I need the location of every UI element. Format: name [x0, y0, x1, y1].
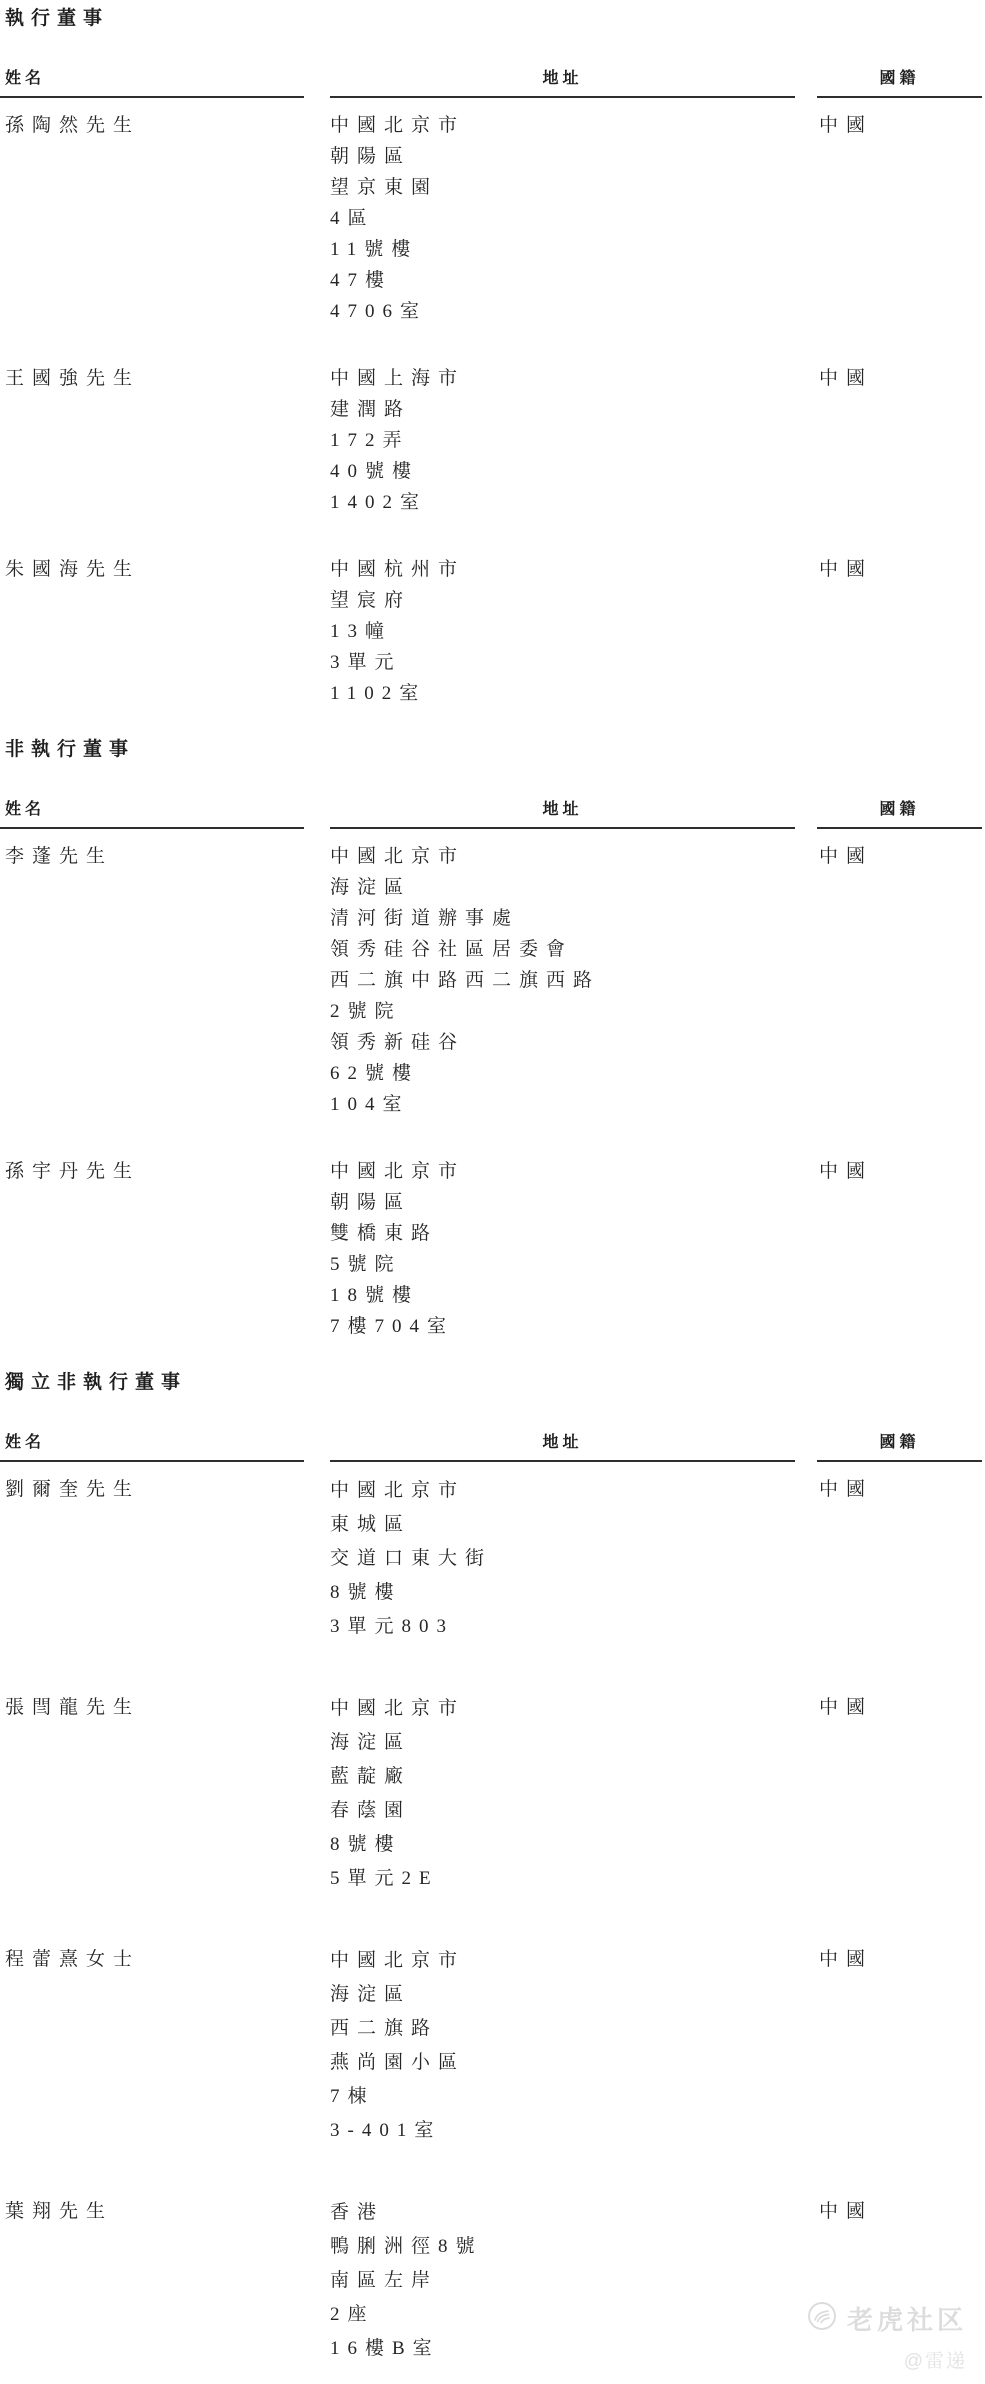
- column-header-address: 地址: [330, 799, 795, 829]
- address-line: 望京東園: [330, 172, 795, 203]
- table-header: 姓名 地址 國籍: [0, 799, 982, 829]
- address-line: 中國北京市: [330, 110, 795, 141]
- address-line: 領秀硅谷社區居委會: [330, 934, 795, 965]
- director-name: 孫宇丹先生: [0, 1156, 304, 1342]
- address-line: 朝陽區: [330, 1187, 795, 1218]
- table-row: 程蕾熹女士 中國北京市 海淀區 西二旗路 燕尚園小區 7棟 3-401室 中國: [0, 1944, 982, 2148]
- directors-table: 姓名 地址 國籍 李蓬先生 中國北京市 海淀區 清河街道辦事處 領秀硅谷社區居委…: [0, 799, 982, 1342]
- address-line: 望宸府: [330, 585, 795, 616]
- watermark-brand-text: 老虎社区: [847, 2300, 967, 2337]
- table-row: 張閆龍先生 中國北京市 海淀區 藍靛廠 春蔭園 8號樓 5單元2E 中國: [0, 1692, 982, 1896]
- section-executive-directors: 執行董事 姓名 地址 國籍 孫陶然先生 中國北京市 朝陽區 望京東園 4區: [0, 6, 982, 709]
- address-line: 中國北京市: [330, 1692, 795, 1726]
- director-address: 中國北京市 海淀區 清河街道辦事處 領秀硅谷社區居委會 西二旗中路西二旗西路 2…: [330, 841, 795, 1120]
- address-line: 中國杭州市: [330, 554, 795, 585]
- column-header-nationality: 國籍: [817, 68, 982, 98]
- address-line: 7棟: [330, 2080, 795, 2114]
- address-line: 領秀新硅谷: [330, 1027, 795, 1058]
- address-line: 1402室: [330, 487, 795, 518]
- section-independent-non-executive-directors: 獨立非執行董事 姓名 地址 國籍 劉爾奎先生 中國北京市 東城區 交道口東大街 …: [0, 1370, 982, 2366]
- director-name: 葉翔先生: [0, 2196, 304, 2366]
- address-line: 3-401室: [330, 2114, 795, 2148]
- tiger-icon: [807, 2301, 837, 2336]
- address-line: 香港: [330, 2196, 795, 2230]
- director-name: 程蕾熹女士: [0, 1944, 304, 2148]
- watermark: 老虎社区 @雷递: [807, 2300, 967, 2373]
- address-line: 8號樓: [330, 1576, 795, 1610]
- address-line: 西二旗路: [330, 2012, 795, 2046]
- director-address: 中國杭州市 望宸府 13幢 3單元 1102室: [330, 554, 795, 709]
- address-line: 交道口東大街: [330, 1542, 795, 1576]
- address-line: 7樓704室: [330, 1311, 795, 1342]
- address-line: 雙橋東路: [330, 1218, 795, 1249]
- address-line: 鴨脷洲徑8號: [330, 2230, 795, 2264]
- watermark-handle: @雷递: [807, 2346, 967, 2373]
- address-line: 172弄: [330, 425, 795, 456]
- director-name: 王國強先生: [0, 363, 304, 518]
- director-address: 中國上海市 建潤路 172弄 40號樓 1402室: [330, 363, 795, 518]
- director-nationality: 中國: [817, 1692, 982, 1896]
- address-line: 13幢: [330, 616, 795, 647]
- director-name: 朱國海先生: [0, 554, 304, 709]
- column-header-nationality: 國籍: [817, 799, 982, 829]
- address-line: 3單元803: [330, 1610, 795, 1644]
- address-line: 中國北京市: [330, 1944, 795, 1978]
- column-header-name: 姓名: [0, 1432, 304, 1462]
- table-body: 劉爾奎先生 中國北京市 東城區 交道口東大街 8號樓 3單元803 中國 張閆龍…: [0, 1462, 982, 2366]
- column-header-address: 地址: [330, 1432, 795, 1462]
- director-name: 劉爾奎先生: [0, 1474, 304, 1644]
- watermark-brand-row: 老虎社区: [807, 2300, 967, 2337]
- table-header: 姓名 地址 國籍: [0, 1432, 982, 1462]
- table-body: 李蓬先生 中國北京市 海淀區 清河街道辦事處 領秀硅谷社區居委會 西二旗中路西二…: [0, 829, 982, 1342]
- address-line: 春蔭園: [330, 1794, 795, 1828]
- address-line: 11號樓: [330, 234, 795, 265]
- section-title: 執行董事: [0, 6, 982, 32]
- address-line: 16樓B室: [330, 2332, 795, 2366]
- address-line: 104室: [330, 1089, 795, 1120]
- director-nationality: 中國: [817, 1944, 982, 2148]
- director-name: 張閆龍先生: [0, 1692, 304, 1896]
- table-row: 孫陶然先生 中國北京市 朝陽區 望京東園 4區 11號樓 47樓 4706室 中…: [0, 110, 982, 327]
- director-nationality: 中國: [817, 841, 982, 1120]
- address-line: 建潤路: [330, 394, 795, 425]
- address-line: 藍靛廠: [330, 1760, 795, 1794]
- section-non-executive-directors: 非執行董事 姓名 地址 國籍 李蓬先生 中國北京市 海淀區 清河街道辦事處 領秀…: [0, 737, 982, 1342]
- table-row: 孫宇丹先生 中國北京市 朝陽區 雙橋東路 5號院 18號樓 7樓704室 中國: [0, 1156, 982, 1342]
- table-row: 王國強先生 中國上海市 建潤路 172弄 40號樓 1402室 中國: [0, 363, 982, 518]
- director-nationality: 中國: [817, 1474, 982, 1644]
- address-line: 燕尚園小區: [330, 2046, 795, 2080]
- address-line: 5單元2E: [330, 1862, 795, 1896]
- address-line: 清河街道辦事處: [330, 903, 795, 934]
- address-line: 2號院: [330, 996, 795, 1027]
- director-address: 中國北京市 海淀區 西二旗路 燕尚園小區 7棟 3-401室: [330, 1944, 795, 2148]
- director-name: 孫陶然先生: [0, 110, 304, 327]
- address-line: 4706室: [330, 296, 795, 327]
- address-line: 中國北京市: [330, 1156, 795, 1187]
- section-title: 非執行董事: [0, 737, 982, 763]
- address-line: 5號院: [330, 1249, 795, 1280]
- address-line: 47樓: [330, 265, 795, 296]
- page-content: 執行董事 姓名 地址 國籍 孫陶然先生 中國北京市 朝陽區 望京東園 4區: [0, 6, 982, 2366]
- table-row: 朱國海先生 中國杭州市 望宸府 13幢 3單元 1102室 中國: [0, 554, 982, 709]
- table-row: 李蓬先生 中國北京市 海淀區 清河街道辦事處 領秀硅谷社區居委會 西二旗中路西二…: [0, 841, 982, 1120]
- address-line: 18號樓: [330, 1280, 795, 1311]
- director-nationality: 中國: [817, 110, 982, 327]
- director-address: 中國北京市 朝陽區 望京東園 4區 11號樓 47樓 4706室: [330, 110, 795, 327]
- address-line: 40號樓: [330, 456, 795, 487]
- column-header-address: 地址: [330, 68, 795, 98]
- director-address: 中國北京市 東城區 交道口東大街 8號樓 3單元803: [330, 1474, 795, 1644]
- directors-table: 姓名 地址 國籍 孫陶然先生 中國北京市 朝陽區 望京東園 4區 11號樓 47…: [0, 68, 982, 709]
- address-line: 1102室: [330, 678, 795, 709]
- address-line: 海淀區: [330, 1726, 795, 1760]
- address-line: 朝陽區: [330, 141, 795, 172]
- address-line: 中國上海市: [330, 363, 795, 394]
- address-line: 西二旗中路西二旗西路: [330, 965, 795, 996]
- address-line: 海淀區: [330, 872, 795, 903]
- director-nationality: 中國: [817, 554, 982, 709]
- director-address: 香港 鴨脷洲徑8號 南區左岸 2座 16樓B室: [330, 2196, 795, 2366]
- address-line: 南區左岸: [330, 2264, 795, 2298]
- address-line: 62號樓: [330, 1058, 795, 1089]
- address-line: 3單元: [330, 647, 795, 678]
- directors-table: 姓名 地址 國籍 劉爾奎先生 中國北京市 東城區 交道口東大街 8號樓 3單元8…: [0, 1432, 982, 2366]
- table-body: 孫陶然先生 中國北京市 朝陽區 望京東園 4區 11號樓 47樓 4706室 中…: [0, 98, 982, 709]
- address-line: 中國北京市: [330, 841, 795, 872]
- director-name: 李蓬先生: [0, 841, 304, 1120]
- address-line: 海淀區: [330, 1978, 795, 2012]
- address-line: 8號樓: [330, 1828, 795, 1862]
- address-line: 東城區: [330, 1508, 795, 1542]
- director-address: 中國北京市 朝陽區 雙橋東路 5號院 18號樓 7樓704室: [330, 1156, 795, 1342]
- address-line: 中國北京市: [330, 1474, 795, 1508]
- column-header-name: 姓名: [0, 799, 304, 829]
- column-header-name: 姓名: [0, 68, 304, 98]
- address-line: 4區: [330, 203, 795, 234]
- director-nationality: 中國: [817, 363, 982, 518]
- director-nationality: 中國: [817, 1156, 982, 1342]
- prospectus-directors-page: 執行董事 姓名 地址 國籍 孫陶然先生 中國北京市 朝陽區 望京東園 4區: [0, 0, 985, 2384]
- director-address: 中國北京市 海淀區 藍靛廠 春蔭園 8號樓 5單元2E: [330, 1692, 795, 1896]
- section-title: 獨立非執行董事: [0, 1370, 982, 1396]
- address-line: 2座: [330, 2298, 795, 2332]
- table-row: 劉爾奎先生 中國北京市 東城區 交道口東大街 8號樓 3單元803 中國: [0, 1474, 982, 1644]
- column-header-nationality: 國籍: [817, 1432, 982, 1462]
- table-header: 姓名 地址 國籍: [0, 68, 982, 98]
